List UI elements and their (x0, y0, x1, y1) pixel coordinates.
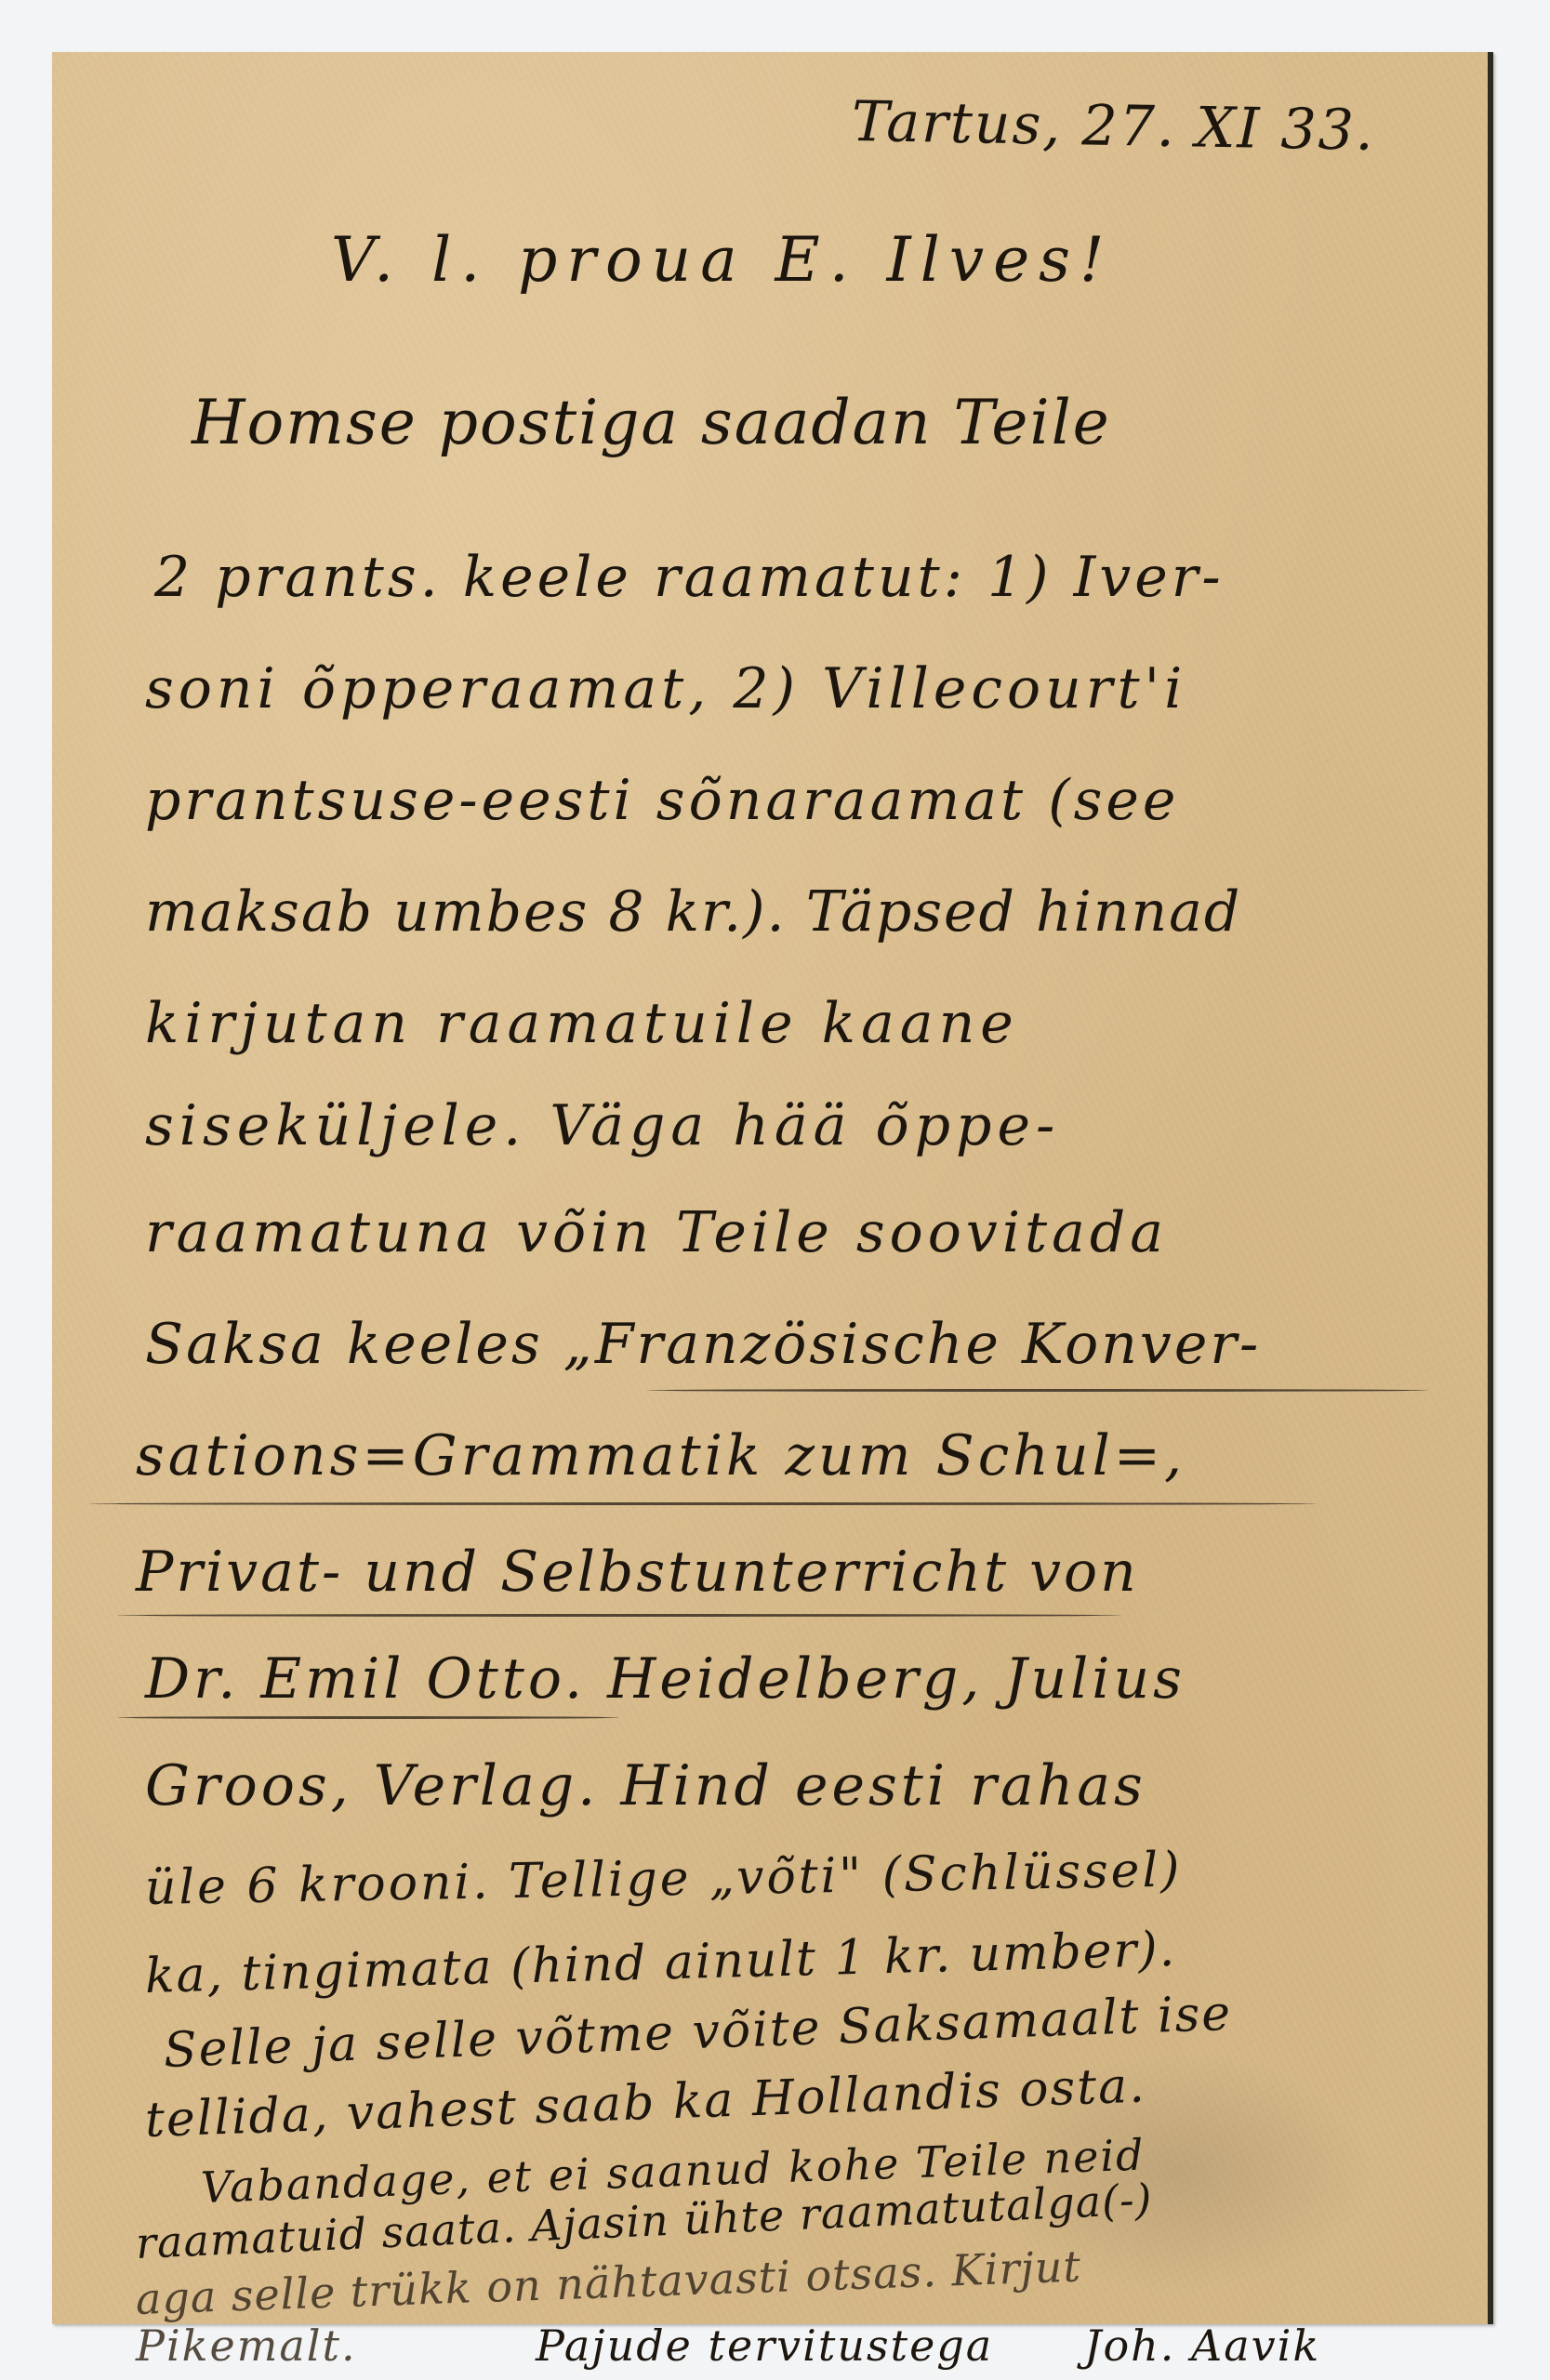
title-underline-3 (117, 1614, 1121, 1617)
body-line-2: 2 prants. keele raamatut: 1) Iver- (154, 545, 1225, 610)
body-line-15: ka, tingimata (hind ainult 1 kr. umber). (144, 1922, 1177, 2004)
body-line-9: Saksa keeles „Französische Konver- (145, 1312, 1261, 1377)
salutation: V. l. proua E. Ilves! (331, 224, 1114, 296)
title-underline-2 (89, 1502, 1317, 1505)
body-line-1: Homse postiga saadan Teile (192, 387, 1111, 458)
place-date: Tartus, 27. XI 33. (851, 89, 1375, 164)
scanned-postcard-page: Tartus, 27. XI 33. V. l. proua E. Ilves!… (0, 0, 1550, 2380)
body-line-12: Dr. Emil Otto. Heidelberg, Julius (145, 1646, 1186, 1712)
postcard: Tartus, 27. XI 33. V. l. proua E. Ilves!… (52, 52, 1493, 2324)
body-line-13: Groos, Verlag. Hind eesti rahas (145, 1753, 1146, 1818)
body-line-4: prantsuse-eesti sõnaraamat (see (145, 768, 1179, 833)
closing-greeting: Pajude tervitustega (536, 2320, 993, 2371)
signature: Joh. Aavik (1084, 2320, 1320, 2371)
body-line-14: üle 6 krooni. Tellige „võti" (Schlüssel) (144, 1843, 1182, 1916)
body-line-11: Privat- und Selbstunterricht von (136, 1540, 1139, 1605)
body-line-6: kirjutan raamatuile kaane (145, 991, 1019, 1056)
body-line-3: soni õpperaamat, 2) Villecourt'i (145, 656, 1186, 721)
body-line-21: Pikemalt. (136, 2320, 357, 2371)
body-line-10: sations=Grammatik zum Schul=, (136, 1423, 1186, 1488)
body-line-5: maksab umbes 8 kr.). Täpsed hinnad (145, 879, 1241, 945)
body-line-7: siseküljele. Väga hää õppe- (145, 1093, 1060, 1158)
body-line-8: raamatuna võin Teile soovitada (145, 1200, 1168, 1265)
title-underline-1 (647, 1389, 1428, 1392)
author-underline (117, 1716, 619, 1719)
